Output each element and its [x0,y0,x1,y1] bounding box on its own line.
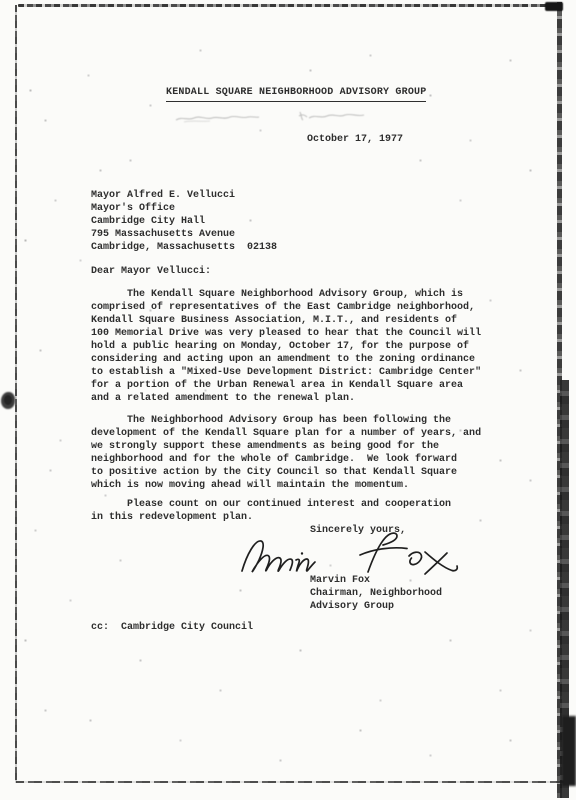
scan-corner-top-right [545,2,563,11]
scan-edge-left [15,5,17,783]
body-paragraph-1: The Kendall Square Neighborhood Advisory… [91,288,481,405]
smudge-mark-left [172,111,260,125]
body-paragraph-2: The Neighborhood Advisory Group has been… [91,414,481,492]
signature-handwritten [236,528,468,578]
salutation: Dear Mayor Vellucci: [91,265,211,278]
body-paragraph-3: Please count on our continued interest a… [91,498,451,524]
signer-block: Marvin Fox Chairman, Neighborhood Adviso… [310,574,442,613]
scan-edge-top [18,4,561,7]
scan-noise-speckles [0,0,1,1]
left-edge-blob-core [4,395,12,405]
smudge-mark-right [297,108,367,123]
scan-edge-bottom [16,781,564,783]
cc-line: cc: Cambridge City Council [91,621,253,634]
scan-corner-bottom-right [562,716,576,786]
scanned-letter-page: KENDALL SQUARE NEIGHBORHOOD ADVISORY GRO… [0,0,576,800]
date-line: October 17, 1977 [307,133,403,146]
recipient-address: Mayor Alfred E. Vellucci Mayor's Office … [91,189,277,254]
letterhead-title: KENDALL SQUARE NEIGHBORHOOD ADVISORY GRO… [166,86,426,102]
